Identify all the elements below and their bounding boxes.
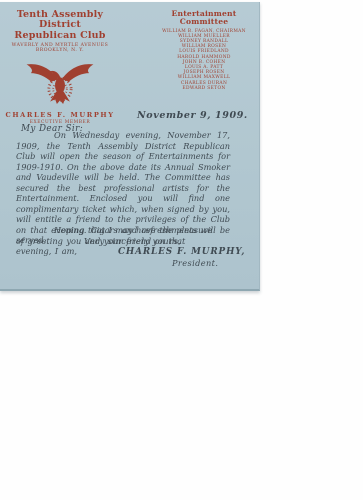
committee-title: Entertainment Committee xyxy=(152,10,256,26)
club-address-line2: Brooklyn, N. Y. xyxy=(0,48,120,53)
eagle-icon xyxy=(17,57,103,109)
letter-date: November 9, 1909. xyxy=(137,110,248,121)
letter-closing: Very sincerely yours, xyxy=(84,236,181,246)
officer-name: CHARLES F. MURPHY xyxy=(0,111,120,119)
committee-member: William B. Fagan, Chairman xyxy=(152,29,256,34)
letter-signature-title: President. xyxy=(172,258,218,268)
letter-signature: CHARLES F. MURPHY, xyxy=(118,247,245,257)
committee-member: Edward Seton xyxy=(152,86,256,91)
club-name-line2: Republican Club xyxy=(0,30,120,41)
committee-list: William B. Fagan, Chairman William Muell… xyxy=(152,29,256,91)
scan-background: Tenth Assembly District Republican Club … xyxy=(0,0,363,500)
left-letterhead: Tenth Assembly District Republican Club … xyxy=(0,10,120,125)
committee-letterhead: Entertainment Committee William B. Fagan… xyxy=(152,10,256,91)
letter-paper: Tenth Assembly District Republican Club … xyxy=(0,2,260,291)
club-name-line1: Tenth Assembly District xyxy=(0,10,120,30)
